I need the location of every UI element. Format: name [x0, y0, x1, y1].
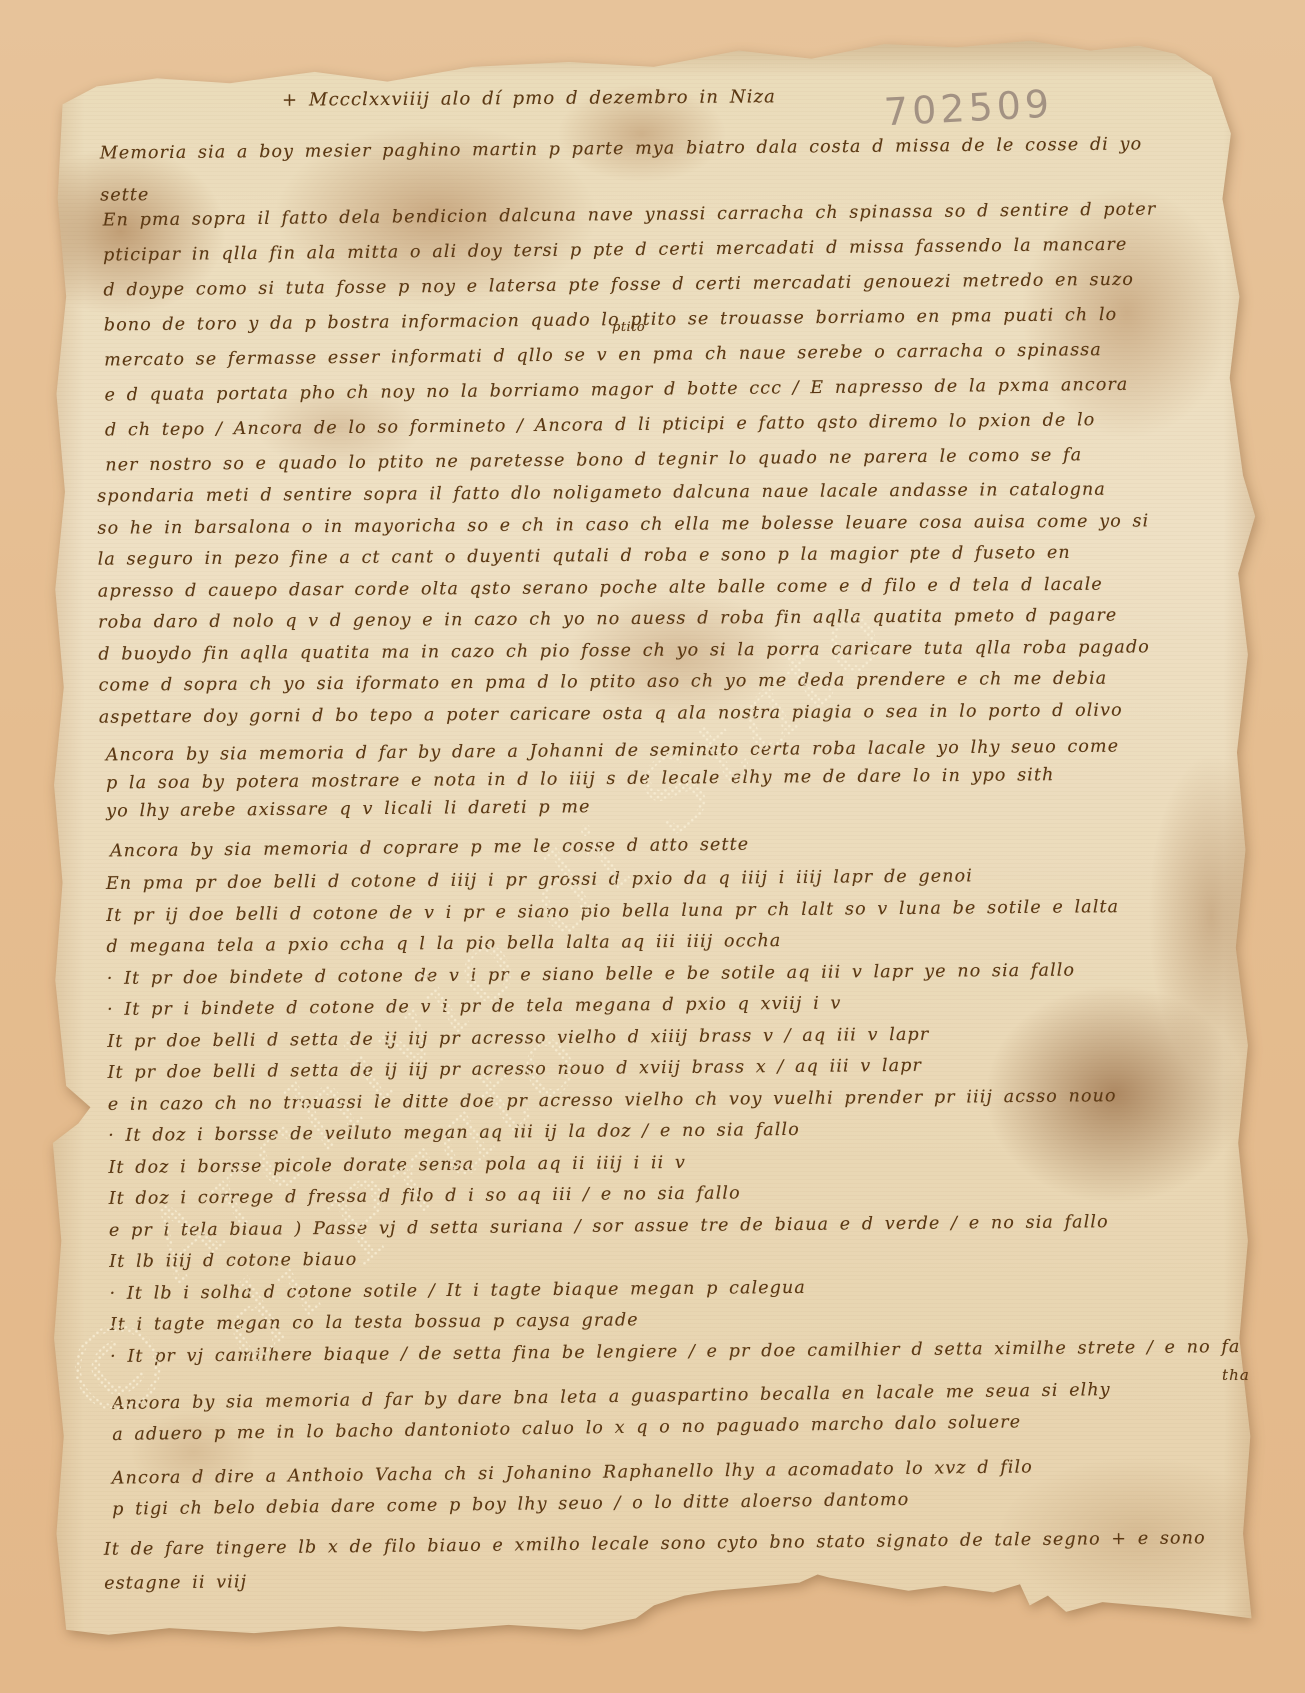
paragraph-noligameto-nave: spondaria meti d sentire sopra il fatto …: [97, 474, 1151, 733]
paragraph-anthoio-vacha: Ancora d dire a Anthoio Vacha ch si Joha…: [112, 1452, 1034, 1525]
shopping-list: En pma pr doe belli d cotone d iiij i pr…: [106, 859, 1241, 1373]
manuscript-heading: + Mccclxxviiij alo dí pmo d dezembro in …: [282, 86, 776, 110]
archive-number-pencil: 702509: [883, 82, 1054, 135]
paragraph-tingere-filo: It de fare tingere lb x de filo biauo e …: [104, 1521, 1207, 1601]
interlinear-insertion: ptito: [612, 320, 645, 335]
margin-fragment: tha: [1222, 1366, 1250, 1384]
paragraph-vendicion-nave: En pma sopra il fatto dela bendicion dal…: [103, 192, 1159, 483]
scanned-document-page: + Mccclxxviiij alo dí pmo d dezembro in …: [0, 0, 1305, 1693]
paragraph-johanni-seminato: Ancora by sia memoria d far by dare a Jo…: [106, 733, 1120, 826]
